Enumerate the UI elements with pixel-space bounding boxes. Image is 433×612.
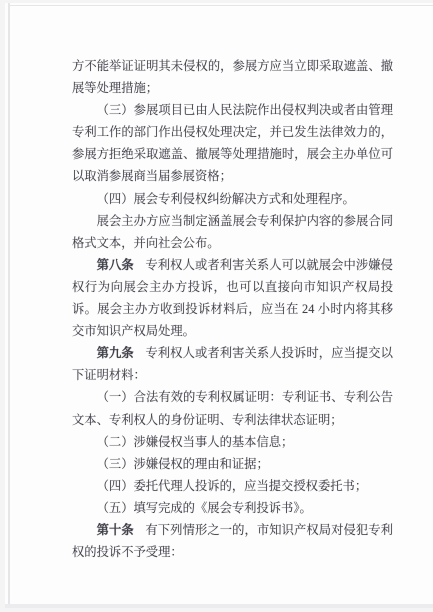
- paragraph: （二）涉嫌侵权当事人的基本信息；: [72, 431, 393, 453]
- paragraph: （四）委托代理人投诉的，应当提交授权委托书；: [72, 475, 393, 497]
- paragraph-text: （一）合法有效的专利权属证明：专利证书、专利公告文本、专利权人的身份证明、专利法…: [72, 390, 393, 426]
- document-content: 方不能举证证明其未侵权的，参展方应当立即采取遮盖、撤展等处理措施；（三）参展项目…: [72, 55, 393, 563]
- paragraph-text: （三）参展项目已由人民法院作出侵权判决或者由管理专利工作的部门作出侵权处理决定，…: [72, 103, 393, 183]
- article-paragraph: 第九条专利权人或者利害关系人投诉时，应当提交以下证明材料：: [72, 342, 393, 386]
- article-paragraph: 第八条专利权人或者利害关系人可以就展会中涉嫌侵权行为向展会主办方投诉，也可以直接…: [72, 254, 393, 342]
- page-edge-left: [8, 3, 10, 608]
- paragraph-text: （四）委托代理人投诉的，应当提交授权委托书；: [97, 479, 368, 493]
- article-number: 第十条: [97, 523, 134, 537]
- paragraph-text: （二）涉嫌侵权当事人的基本信息；: [97, 435, 294, 449]
- article-number: 第九条: [97, 346, 134, 360]
- paragraph-text: （三）涉嫌侵权的理由和证据；: [97, 457, 269, 471]
- paragraph-text: （五）填写完成的《展会专利投诉书》。: [97, 501, 312, 515]
- paragraph: 方不能举证证明其未侵权的，参展方应当立即采取遮盖、撤展等处理措施；: [72, 55, 393, 99]
- paragraph-text: （四）展会专利侵权纠纷解决方式和处理程序。: [97, 192, 355, 206]
- paragraph: （三）涉嫌侵权的理由和证据；: [72, 453, 393, 475]
- paragraph: （四）展会专利侵权纠纷解决方式和处理程序。: [72, 188, 393, 210]
- paragraph: （五）填写完成的《展会专利投诉书》。: [72, 497, 393, 519]
- article-paragraph: 第十条有下列情形之一的，市知识产权局对侵犯专利权的投诉不予受理：: [72, 519, 393, 563]
- paragraph: 展会主办方应当制定涵盖展会专利保护内容的参展合同格式文本，并向社会公布。: [72, 210, 393, 254]
- paragraph: （三）参展项目已由人民法院作出侵权判决或者由管理专利工作的部门作出侵权处理决定，…: [72, 99, 393, 187]
- paragraph-text: 展会主办方应当制定涵盖展会专利保护内容的参展合同格式文本，并向社会公布。: [72, 214, 393, 250]
- article-number: 第八条: [97, 258, 134, 272]
- paragraph-text: 方不能举证证明其未侵权的，参展方应当立即采取遮盖、撤展等处理措施；: [72, 59, 393, 95]
- page-edge-bottom: [5, 604, 433, 608]
- paragraph: （一）合法有效的专利权属证明：专利证书、专利公告文本、专利权人的身份证明、专利法…: [72, 386, 393, 430]
- document-page: 方不能举证证明其未侵权的，参展方应当立即采取遮盖、撤展等处理措施；（三）参展项目…: [5, 3, 433, 608]
- page-edge-top: [8, 5, 433, 6]
